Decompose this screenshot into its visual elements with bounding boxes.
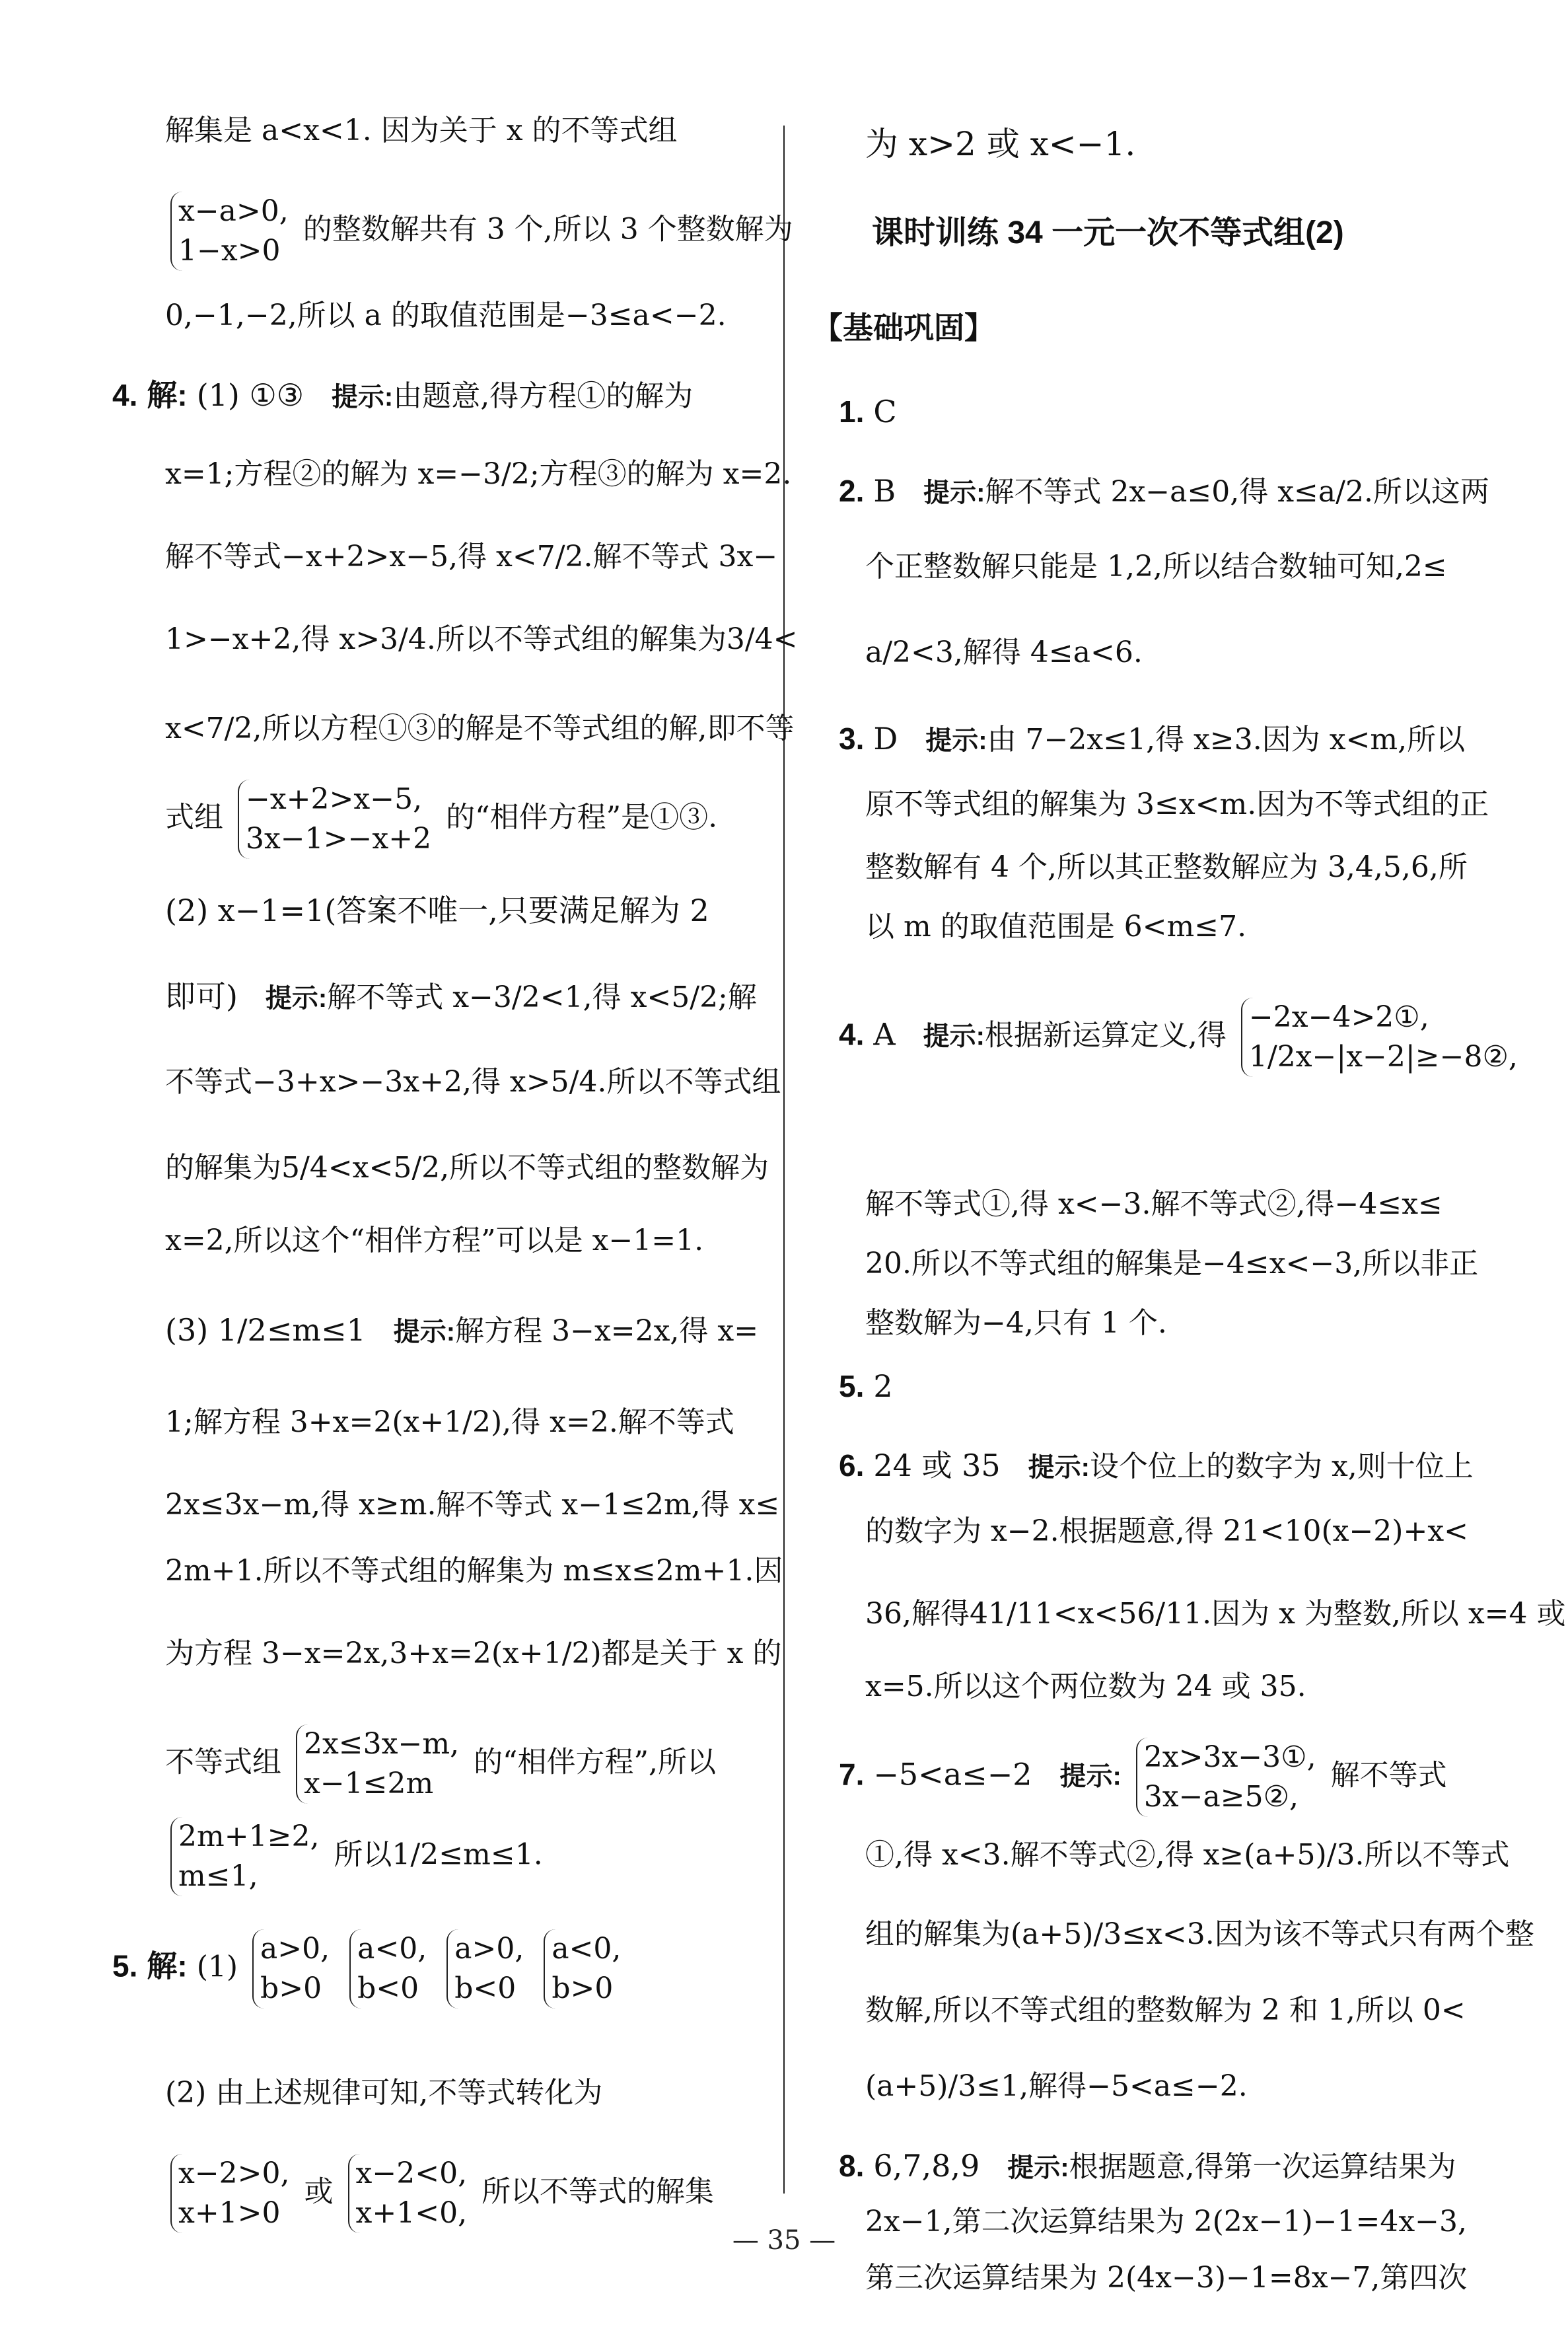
item-1: 1. C — [839, 393, 897, 431]
item-line: 以 m 的取值范围是 6<m≤7. — [865, 908, 1246, 945]
inequality-system: 2m+1≥2, m≤1, — [170, 1817, 319, 1896]
item-6: 6. 24 或 35 提示:设个位上的数字为 x,则十位上 — [839, 1447, 1474, 1486]
item-line: (a+5)/3≤1,解得−5<a≤−2. — [865, 2068, 1248, 2105]
inequality-system: x−2>0,x+1>0 — [170, 2154, 290, 2233]
inequality-system: −x+2>x−5, 3x−1>−x+2 — [238, 780, 431, 859]
section-title: 课时训练 34 一元一次不等式组(2) — [872, 215, 1344, 252]
column-divider — [783, 126, 785, 2194]
item-line: 整数解为−4,只有 1 个. — [865, 1305, 1167, 1342]
subsection-heading: 【基础巩固】 — [812, 309, 995, 346]
item-line: 的数字为 x−2.根据题意,得 21<10(x−2)+x< — [865, 1513, 1468, 1550]
item-line: a/2<3,解得 4≤a<6. — [865, 634, 1143, 671]
inequality-system: x−2<0,x+1<0, — [348, 2154, 468, 2233]
q4-system-row: 式组 −x+2>x−5, 3x−1>−x+2 的“相伴方程”是①③. — [165, 780, 717, 859]
q4-part2-hint: 即可) 提示:解不等式 x−3/2<1,得 x<5/2;解 — [165, 978, 757, 1017]
inequality-system: 2x>3x−3①,3x−a≥5②, — [1136, 1738, 1316, 1817]
q4-part3-header: (3) 1/2≤m≤1 提示:解方程 3−x=2x,得 x= — [165, 1311, 758, 1350]
hint-label: 提示: — [332, 383, 393, 412]
q4-line: 不等式−3+x>−3x+2,得 x>5/4.所以不等式组 — [165, 1064, 781, 1101]
q4-line: 为方程 3−x=2x,3+x=2(x+1/2)都是关于 x 的 — [165, 1635, 781, 1672]
inequality-system: a>0,b<0 — [446, 1929, 524, 2009]
item-line: 数解,所以不等式组的整数解为 2 和 1,所以 0< — [865, 1992, 1466, 2029]
q5-part2-system-row: x−2>0,x+1>0 或 x−2<0,x+1<0, 所以不等式的解集 — [165, 2154, 714, 2233]
q4-line: 1;解方程 3+x=2(x+1/2),得 x=2.解不等式 — [165, 1404, 734, 1441]
item-line: 第三次运算结果为 2(4x−3)−1=8x−7,第四次 — [865, 2260, 1467, 2297]
q4-line: 2x≤3x−m,得 x≥m.解不等式 x−1≤2m,得 x≤ — [165, 1487, 779, 1524]
q4-part2-answer: (2) x−1=1(答案不唯一,只要满足解为 2 — [165, 892, 709, 929]
item-2: 2. B 提示:解不等式 2x−a≤0,得 x≤a/2.所以这两 — [839, 472, 1489, 511]
q3-system-row: x−a>0, 1−x>0 的整数解共有 3 个,所以 3 个整数解为 — [165, 192, 793, 271]
inequality-system: 2x≤3x−m, x−1≤2m — [296, 1724, 459, 1804]
q4-line: 2m+1.所以不等式组的解集为 m≤x≤2m+1.因 — [165, 1553, 783, 1590]
inequality-system: a<0,b<0 — [349, 1929, 427, 2009]
item-line: 整数解有 4 个,所以其正整数解应为 3,4,5,6,所 — [865, 849, 1468, 886]
inequality-system: a<0,b>0 — [544, 1929, 621, 2009]
item-line: x=5.所以这个两位数为 24 或 35. — [865, 1668, 1306, 1705]
inequality-system: x−a>0, 1−x>0 — [170, 192, 289, 271]
item-4: 4. A 提示:根据新运算定义,得 −2x−4>2①,1/2x−|x−2|≥−8… — [839, 998, 1523, 1077]
item-8: 8. 6,7,8,9 提示:根据题意,得第一次运算结果为 — [839, 2147, 1456, 2186]
item-line: 36,解得41/11<x<56/11.因为 x 为整数,所以 x=4 或 — [865, 1596, 1566, 1633]
item-7: 7. −5<a≤−2 提示: 2x>3x−3①,3x−a≥5②, 解不等式 — [839, 1738, 1447, 1817]
q4-line: x<7/2,所以方程①③的解是不等式组的解,即不等 — [165, 710, 794, 747]
q3-continuation-line1: 解集是 a<x<1. 因为关于 x 的不等式组 — [165, 112, 678, 149]
q4-part3-final-row: 2m+1≥2, m≤1, 所以1/2≤m≤1. — [165, 1817, 543, 1896]
item-line: 解不等式①,得 x<−3.解不等式②,得−4≤x≤ — [865, 1186, 1443, 1223]
q4-header: 4. 解: (1) ①③ 提示:由题意,得方程①的解为 — [112, 377, 693, 416]
q4-line: 的解集为5/4<x<5/2,所以不等式组的整数解为 — [165, 1150, 769, 1187]
q3-continuation-line3: 0,−1,−2,所以 a 的取值范围是−3≤a<−2. — [165, 297, 727, 334]
q4-line: x=1;方程②的解为 x=−3/2;方程③的解为 x=2. — [165, 456, 791, 493]
item-line: 20.所以不等式组的解集是−4≤x<−3,所以非正 — [865, 1245, 1478, 1282]
item-line: 原不等式组的解集为 3≤x<m.因为不等式组的正 — [865, 786, 1489, 823]
q4-part3-system-row: 不等式组 2x≤3x−m, x−1≤2m 的“相伴方程”,所以 — [165, 1724, 716, 1804]
q5-part2-line: (2) 由上述规律可知,不等式转化为 — [165, 2075, 602, 2112]
item-3: 3. D 提示:由 7−2x≤1,得 x≥3.因为 x<m,所以 — [839, 720, 1465, 759]
item-line: 组的解集为(a+5)/3≤x<3.因为该不等式只有两个整 — [865, 1916, 1534, 1953]
q5-header: 5. 解: (1) a>0,b>0 a<0,b<0 a>0,b<0 a<0,b>… — [112, 1929, 626, 2009]
inequality-system: −2x−4>2①,1/2x−|x−2|≥−8②, — [1241, 998, 1518, 1077]
q4-line: 解不等式−x+2>x−5,得 x<7/2.解不等式 3x− — [165, 538, 777, 575]
page-number: — 35 — — [0, 2225, 1568, 2256]
inequality-system: a>0,b>0 — [252, 1929, 330, 2009]
q5-continuation: 为 x>2 或 x<−1. — [865, 126, 1135, 163]
q4-line: x=2,所以这个“相伴方程”可以是 x−1=1. — [165, 1222, 703, 1259]
item-line: ①,得 x<3.解不等式②,得 x≥(a+5)/3.所以不等式 — [865, 1837, 1510, 1874]
item-5: 5. 2 — [839, 1368, 893, 1406]
q4-line: 1>−x+2,得 x>3/4.所以不等式组的解集为3/4< — [165, 621, 798, 658]
item-line: 个正整数解只能是 1,2,所以结合数轴可知,2≤ — [865, 548, 1447, 585]
